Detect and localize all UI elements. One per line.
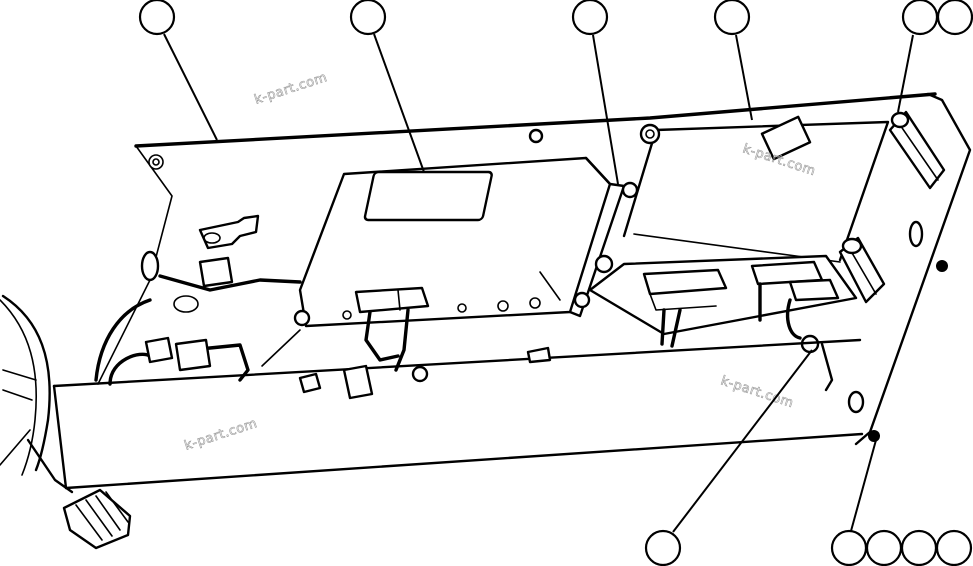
parts-diagram: k-part.com k-part.com k-part.com k-part.…	[0, 0, 973, 566]
front-cover-plate	[54, 340, 862, 488]
callout-8[interactable]	[832, 531, 866, 565]
callouts-top	[140, 0, 972, 34]
seat-edge	[0, 296, 50, 475]
callout-11[interactable]	[937, 531, 971, 565]
rotary-knob	[28, 440, 130, 548]
label-window	[364, 172, 492, 220]
wiring-harness	[96, 252, 309, 384]
callout-2[interactable]	[351, 0, 385, 34]
svg-text:k-part.com: k-part.com	[183, 416, 260, 454]
callout-7[interactable]	[646, 531, 680, 565]
svg-text:k-part.com: k-part.com	[253, 70, 330, 108]
callout-10[interactable]	[902, 531, 936, 565]
control-unit	[300, 158, 637, 370]
callouts-bottom	[646, 531, 971, 565]
callout-1[interactable]	[140, 0, 174, 34]
svg-text:k-part.com: k-part.com	[719, 374, 796, 412]
callout-6[interactable]	[938, 0, 972, 34]
callout-9[interactable]	[867, 531, 901, 565]
side-bracket	[822, 94, 970, 444]
callout-3[interactable]	[573, 0, 607, 34]
callout-5[interactable]	[903, 0, 937, 34]
connector-plate	[590, 256, 856, 352]
callout-4[interactable]	[715, 0, 749, 34]
